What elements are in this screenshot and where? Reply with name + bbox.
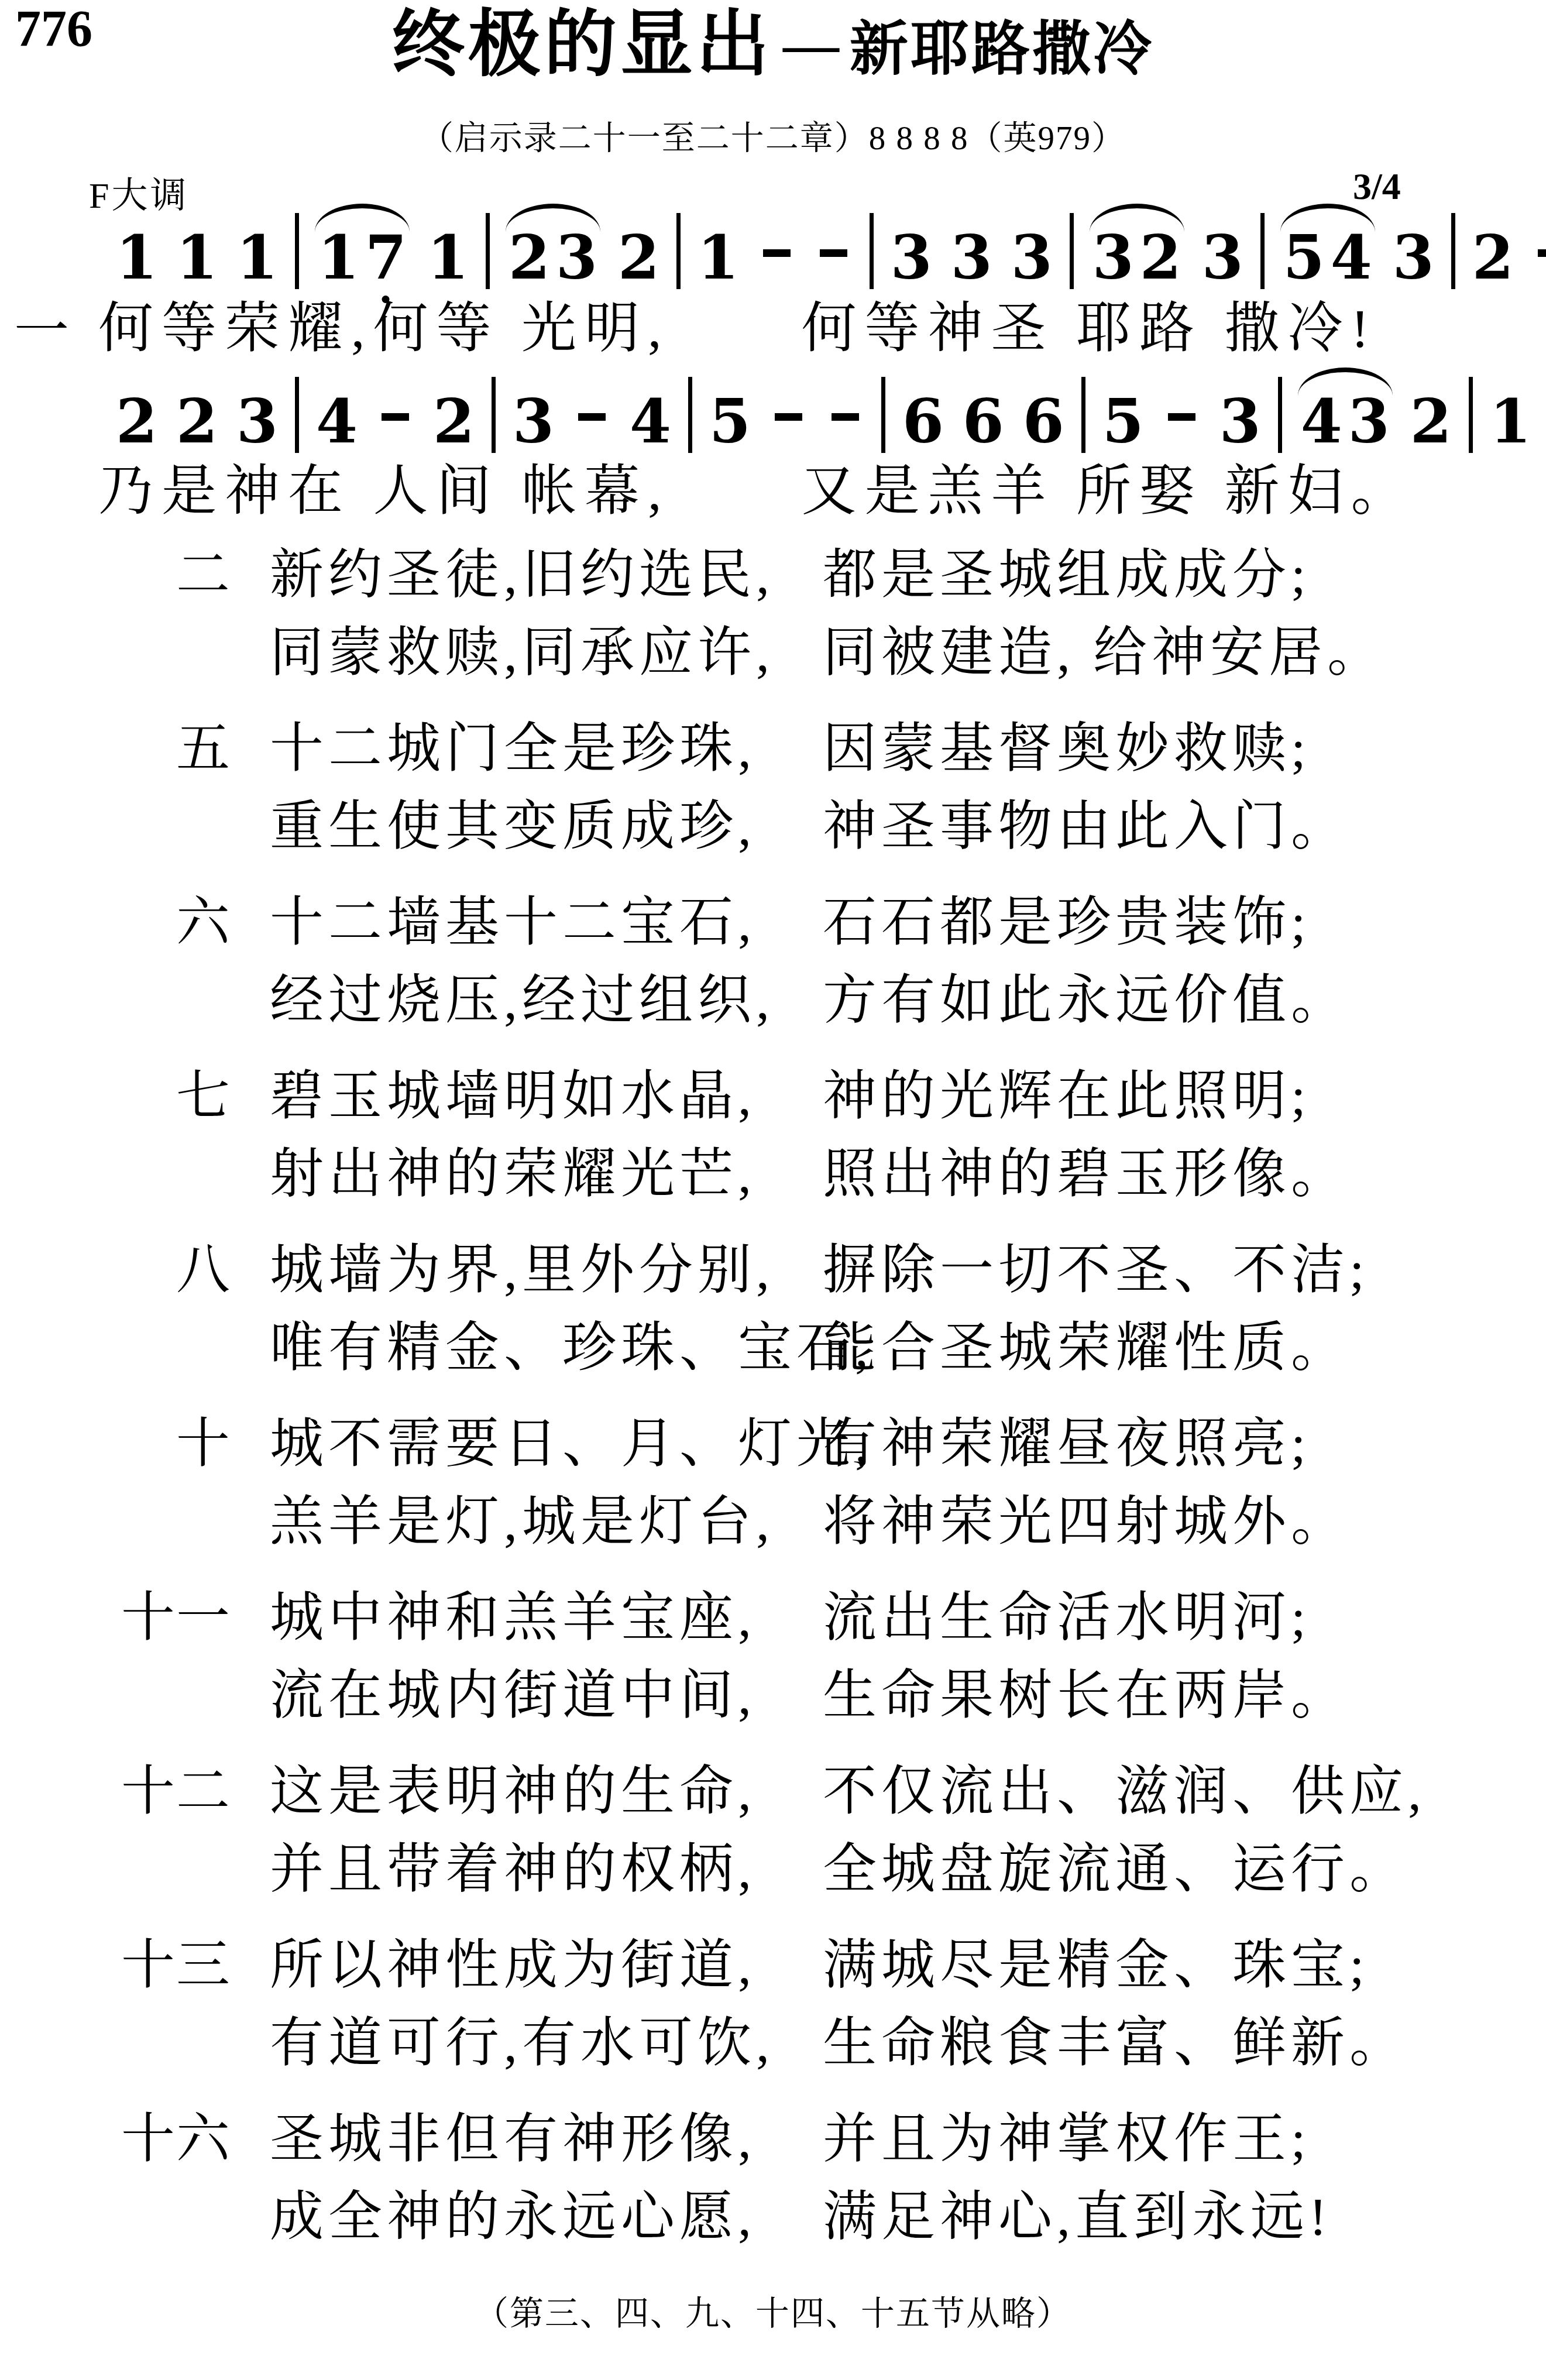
verse-text-right: 流出生命活水明河;: [823, 1587, 1311, 1649]
jianpu-note: 3: [1393, 228, 1434, 288]
verse-line-body: 经过烧压,经过组织,方有如此永远价值。: [270, 970, 1546, 1032]
omitted-verses-note: （第三、四、九、十四、十五节从略）: [0, 2286, 1546, 2335]
jianpu-note: 2: [1140, 228, 1181, 288]
jianpu-note: 4: [316, 392, 358, 452]
verse: 五十二城门全是珍珠,因蒙基督奥妙救赎;重生使其变质成珍,神圣事物由此入门。: [0, 718, 1546, 874]
jianpu-note: 3: [1202, 228, 1243, 288]
jianpu-note: 1: [176, 228, 218, 288]
jianpu-note: 3: [1092, 228, 1134, 288]
verse-text-left: 十二墙基十二宝石,: [270, 892, 823, 954]
verse-line-body: 唯有精金、珍珠、宝石,能合圣城荣耀性质。: [270, 1317, 1546, 1379]
verse-number: 八: [0, 1239, 231, 1301]
verse-line-body: 重生使其变质成珍,神圣事物由此入门。: [270, 796, 1546, 858]
verse-line-body: 十二墙基十二宝石,石石都是珍贵装饰;: [270, 892, 1546, 954]
jianpu-note: 3: [951, 228, 992, 288]
duration-dash: [775, 413, 802, 421]
verse-line-body: 十二城门全是珍珠,因蒙基督奥妙救赎;: [270, 718, 1546, 780]
barline: [881, 377, 885, 453]
verse-number: 十一: [0, 1587, 231, 1649]
verse-text-left: 圣城非但有神形像,: [270, 2108, 823, 2170]
verse-line-body: 并且带着神的权柄,全城盘旋流通、运行。: [270, 1839, 1546, 1901]
hymn-title-dash: —: [772, 13, 850, 75]
verse-text-right: 有神荣耀昼夜照亮;: [823, 1413, 1311, 1475]
verse-line: 同蒙救赎,同承应许,同被建造, 给神安居。: [0, 622, 1546, 700]
verse-line: 并且带着神的权柄,全城盘旋流通、运行。: [0, 1839, 1546, 1917]
verse-text-right: 石石都是珍贵装饰;: [823, 892, 1311, 954]
barline: [1469, 377, 1473, 453]
jianpu-note: 1: [427, 228, 469, 288]
time-signature: 3/4: [1353, 165, 1401, 208]
verse-text-left: 城不需要日、月、灯光,: [270, 1413, 823, 1475]
verse-line: 有道可行,有水可饮,生命粮食丰富、鲜新。: [0, 2012, 1546, 2090]
duration-dash: [578, 413, 606, 421]
verse-text-left: 同蒙救赎,同承应许,: [270, 622, 823, 684]
jianpu-note: 2: [1472, 228, 1514, 288]
jianpu-note: 3: [513, 392, 554, 452]
verse-line-body: 城墙为界,里外分别,摒除一切不圣、不洁;: [270, 1239, 1546, 1301]
verse-line: 羔羊是灯,城是灯台,将神荣光四射城外。: [0, 1491, 1546, 1569]
verse-number-1: 一: [14, 302, 69, 362]
hymn-sheet-page: 776 终极的显出—新耶路撒冷 （启示录二十一至二十二章）8 8 8 8（英97…: [0, 0, 1546, 2380]
verse-text-left: 十二城门全是珍珠,: [270, 718, 823, 780]
jianpu-note: 1: [236, 228, 278, 288]
verse-line: 六十二墙基十二宝石,石石都是珍贵装饰;: [0, 892, 1546, 970]
verse-text-right: 生命粮食丰富、鲜新。: [823, 2012, 1408, 2075]
verse-text-left: 经过烧压,经过组织,: [270, 970, 823, 1032]
verse-text-left: 流在城内街道中间,: [270, 1665, 823, 1727]
slurred-note-group: 32: [1090, 228, 1184, 288]
duration-dash: [820, 249, 847, 257]
verse-line-body: 射出神的荣耀光芒,照出神的碧玉形像。: [270, 1143, 1546, 1206]
duration-dash: [382, 413, 409, 421]
barline: [870, 213, 874, 289]
verse-number: 十二: [0, 1761, 231, 1823]
verse-text-right: 将神荣光四射城外。: [823, 1491, 1349, 1553]
verse-line: 经过烧压,经过组织,方有如此永远价值。: [0, 970, 1546, 1048]
jianpu-note: 7: [365, 228, 407, 288]
verse-text-left: 有道可行,有水可饮,: [270, 2012, 823, 2075]
hymn-title-subname: 新耶路撒冷: [850, 17, 1154, 82]
verse-line: 二新约圣徒,旧约选民,都是圣城组成成分;: [0, 544, 1546, 622]
verse-text-right: 能合圣城荣耀性质。: [823, 1317, 1349, 1379]
verse-text-left: 碧玉城墙明如水晶,: [270, 1066, 823, 1128]
jianpu-note: 6: [963, 392, 1004, 452]
verse-line-body: 城中神和羔羊宝座,流出生命活水明河;: [270, 1587, 1546, 1649]
verse-text-left: 唯有精金、珍珠、宝石,: [270, 1317, 823, 1379]
jianpu-note: 5: [1102, 392, 1144, 452]
verse: 六十二墙基十二宝石,石石都是珍贵装饰;经过烧压,经过组织,方有如此永远价值。: [0, 892, 1546, 1048]
verse-text-left: 城墙为界,里外分别,: [270, 1239, 823, 1301]
duration-dash: [1538, 249, 1546, 257]
verse: 八城墙为界,里外分别,摒除一切不圣、不洁;唯有精金、珍珠、宝石,能合圣城荣耀性质…: [0, 1239, 1546, 1395]
verse-number: 十六: [0, 2108, 231, 2170]
verse-text-right: 满城尽是精金、珠宝;: [823, 1935, 1369, 1997]
verse-text-left: 成全神的永远心愿,: [270, 2186, 823, 2248]
verse-number: 十三: [0, 1935, 231, 1997]
verse-line: 流在城内街道中间,生命果树长在两岸。: [0, 1665, 1546, 1743]
jianpu-note: 6: [1023, 392, 1064, 452]
barline: [295, 377, 299, 453]
verse-line-body: 新约圣徒,旧约选民,都是圣城组成成分;: [270, 544, 1546, 606]
duration-dash: [832, 413, 859, 421]
verse-line-body: 城不需要日、月、灯光,有神荣耀昼夜照亮;: [270, 1413, 1546, 1475]
verse-text-right: 满足神心,直到永远!: [823, 2186, 1332, 2248]
verse-text-right: 都是圣城组成成分;: [823, 544, 1311, 606]
jianpu-note: 4: [1331, 228, 1372, 288]
lyric-line-1: 何等荣耀,何等 光明, 何等神圣 耶路 撒冷!: [98, 297, 1377, 360]
scripture-reference: （启示录二十一至二十二章）8 8 8 8（英979）: [0, 111, 1546, 159]
verse-line: 七碧玉城墙明如水晶,神的光辉在此照明;: [0, 1066, 1546, 1143]
verse-text-right: 方有如此永远价值。: [823, 970, 1349, 1032]
verse: 十二这是表明神的生命,不仅流出、滋润、供应,并且带着神的权柄,全城盘旋流通、运行…: [0, 1761, 1546, 1917]
verse-text-right: 全城盘旋流通、运行。: [823, 1839, 1408, 1901]
verse-text-left: 射出神的荣耀光芒,: [270, 1143, 823, 1206]
barline: [688, 377, 692, 453]
slurred-note-group: 23: [506, 228, 600, 288]
slurred-note-group: 54: [1280, 228, 1375, 288]
barline: [492, 377, 496, 453]
verse-line: 十二这是表明神的生命,不仅流出、滋润、供应,: [0, 1761, 1546, 1839]
barline: [676, 213, 681, 289]
verse-line-body: 同蒙救赎,同承应许,同被建造, 给神安居。: [270, 622, 1546, 684]
verse-line: 成全神的永远心愿,满足神心,直到永远!: [0, 2186, 1546, 2264]
verse-text-left: 重生使其变质成珍,: [270, 796, 823, 858]
verse-text-left: 并且带着神的权柄,: [270, 1839, 823, 1901]
barline: [1070, 213, 1074, 289]
duration-dash: [763, 249, 791, 257]
verse: 十一城中神和羔羊宝座,流出生命活水明河;流在城内街道中间,生命果树长在两岸。: [0, 1587, 1546, 1743]
jianpu-note: 6: [902, 392, 944, 452]
verse-text-right: 神圣事物由此入门。: [823, 796, 1349, 858]
verse-text-left: 所以神性成为街道,: [270, 1935, 823, 1997]
jianpu-note: 2: [1410, 392, 1452, 452]
jianpu-note: 1: [318, 228, 359, 288]
verse-text-left: 新约圣徒,旧约选民,: [270, 544, 823, 606]
slurred-note-group: 17: [315, 228, 410, 288]
verse-text-left: 这是表明神的生命,: [270, 1761, 823, 1823]
verse-text-left: 羔羊是灯,城是灯台,: [270, 1491, 823, 1553]
lyric-line-2: 乃是神在 人间 帐幕, 又是羔羊 所娶 新妇。: [98, 460, 1414, 523]
jianpu-note: 3: [1219, 392, 1261, 452]
jianpu-note: 1: [698, 228, 739, 288]
jianpu-note: 3: [1011, 228, 1053, 288]
verse-number: 六: [0, 892, 231, 954]
verse-line-body: 圣城非但有神形像,并且为神掌权作王;: [270, 2108, 1546, 2170]
verse-line-body: 这是表明神的生命,不仅流出、滋润、供应,: [270, 1761, 1546, 1823]
verse-line-body: 所以神性成为街道,满城尽是精金、珠宝;: [270, 1935, 1546, 1997]
verse-number: 十: [0, 1413, 231, 1475]
verse-text-left: 城中神和羔羊宝座,: [270, 1587, 823, 1649]
duration-dash: [1168, 413, 1195, 421]
verse-line: 重生使其变质成珍,神圣事物由此入门。: [0, 796, 1546, 874]
barline: [1260, 213, 1265, 289]
verse-number: 二: [0, 544, 231, 606]
verse-line-body: 羔羊是灯,城是灯台,将神荣光四射城外。: [270, 1491, 1546, 1553]
jianpu-note: 3: [556, 228, 597, 288]
verse-line-body: 流在城内街道中间,生命果树长在两岸。: [270, 1665, 1546, 1727]
verse-line-body: 有道可行,有水可饮,生命粮食丰富、鲜新。: [270, 2012, 1546, 2075]
barline: [1278, 377, 1282, 453]
jianpu-note: 2: [433, 392, 475, 452]
verse-text-right: 生命果树长在两岸。: [823, 1665, 1349, 1727]
verse-text-right: 不仅流出、滋润、供应,: [823, 1761, 1426, 1823]
verse-text-right: 神的光辉在此照明;: [823, 1066, 1311, 1128]
verse-text-right: 摒除一切不圣、不洁;: [823, 1239, 1369, 1301]
slurred-note-group: 43: [1298, 392, 1393, 452]
barline: [486, 213, 490, 289]
verse-text-right: 并且为神掌权作王;: [823, 2108, 1311, 2170]
hymn-title: 终极的显出—新耶路撒冷: [0, 4, 1546, 87]
verse-line: 八城墙为界,里外分别,摒除一切不圣、不洁;: [0, 1239, 1546, 1317]
verse-text-right: 照出神的碧玉形像。: [823, 1143, 1349, 1206]
jianpu-note: 1: [1490, 392, 1531, 452]
jianpu-note: 3: [891, 228, 932, 288]
barline: [1081, 377, 1085, 453]
verse-line: 十六圣城非但有神形像,并且为神掌权作王;: [0, 2108, 1546, 2186]
hymn-title-main: 终极的显出: [392, 5, 772, 85]
jianpu-note: 5: [1283, 228, 1325, 288]
verse-number: 五: [0, 718, 231, 780]
verse-line: 唯有精金、珍珠、宝石,能合圣城荣耀性质。: [0, 1317, 1546, 1395]
jianpu-note: 2: [176, 392, 218, 452]
jianpu-note: 3: [236, 392, 278, 452]
jianpu-note: 3: [1348, 392, 1390, 452]
verse-line-body: 碧玉城墙明如水晶,神的光辉在此照明;: [270, 1066, 1546, 1128]
verse: 十三所以神性成为街道,满城尽是精金、珠宝;有道可行,有水可饮,生命粮食丰富、鲜新…: [0, 1935, 1546, 2090]
verse-text-right: 因蒙基督奥妙救赎;: [823, 718, 1311, 780]
verse: 十城不需要日、月、灯光,有神荣耀昼夜照亮;羔羊是灯,城是灯台,将神荣光四射城外。: [0, 1413, 1546, 1569]
verse-line: 射出神的荣耀光芒,照出神的碧玉形像。: [0, 1143, 1546, 1221]
barline: [1451, 213, 1455, 289]
jianpu-note: 1: [116, 228, 157, 288]
verse-line: 十三所以神性成为街道,满城尽是精金、珠宝;: [0, 1935, 1546, 2012]
verse: 二新约圣徒,旧约选民,都是圣城组成成分;同蒙救赎,同承应许,同被建造, 给神安居…: [0, 544, 1546, 700]
jianpu-note: 2: [618, 228, 659, 288]
verse-line: 五十二城门全是珍珠,因蒙基督奥妙救赎;: [0, 718, 1546, 796]
verse: 十六圣城非但有神形像,并且为神掌权作王;成全神的永远心愿,满足神心,直到永远!: [0, 2108, 1546, 2264]
jianpu-note: 2: [509, 228, 550, 288]
verse-line-body: 成全神的永远心愿,满足神心,直到永远!: [270, 2186, 1546, 2248]
jianpu-note: 2: [116, 392, 157, 452]
verse-line: 十一城中神和羔羊宝座,流出生命活水明河;: [0, 1587, 1546, 1665]
verse: 七碧玉城墙明如水晶,神的光辉在此照明;射出神的荣耀光芒,照出神的碧玉形像。: [0, 1066, 1546, 1221]
verse-text-right: 同被建造, 给神安居。: [823, 622, 1386, 684]
verse-number: 七: [0, 1066, 231, 1128]
jianpu-note: 4: [1301, 392, 1342, 452]
barline: [295, 213, 299, 289]
verse-line: 十城不需要日、月、灯光,有神荣耀昼夜照亮;: [0, 1413, 1546, 1491]
jianpu-note: 5: [709, 392, 751, 452]
jianpu-note: 4: [630, 392, 671, 452]
